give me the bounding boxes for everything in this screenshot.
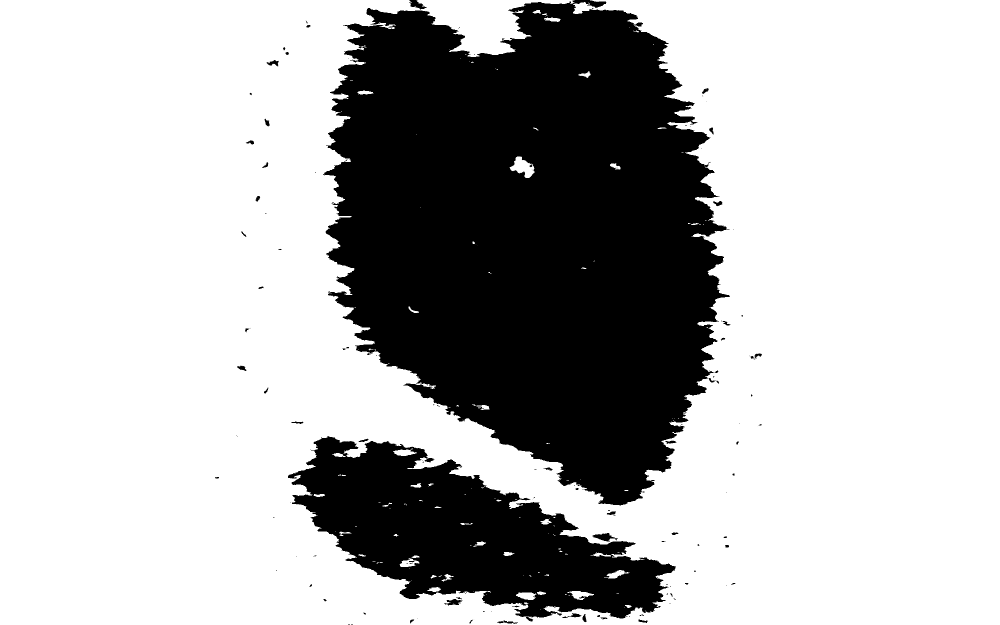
stray-speck — [277, 251, 280, 254]
stray-speck — [469, 617, 472, 620]
stray-speck — [309, 584, 312, 587]
stray-speck — [747, 394, 750, 397]
stray-speck — [268, 120, 272, 124]
stray-speck — [723, 261, 726, 264]
stray-speck — [262, 163, 265, 166]
stray-speck — [286, 47, 291, 52]
stray-speck — [705, 165, 708, 168]
stray-speck — [699, 544, 702, 547]
stray-speck — [638, 607, 642, 611]
stray-speck — [729, 474, 733, 478]
stray-speck — [691, 570, 694, 573]
stray-speck — [737, 439, 740, 442]
stray-speck — [259, 285, 263, 289]
stray-speck — [250, 94, 254, 98]
stray-speck — [267, 389, 270, 392]
stray-speck — [756, 423, 759, 426]
stray-speck — [584, 614, 588, 618]
stray-speck — [530, 619, 534, 623]
stray-speck — [715, 381, 718, 384]
stray-speck — [711, 129, 715, 133]
blob-hole — [612, 163, 620, 169]
stray-speck — [699, 233, 703, 237]
stray-speck — [707, 300, 711, 304]
stray-speck — [412, 618, 416, 622]
binarized-photo-canvas — [0, 0, 1000, 625]
stray-speck — [753, 354, 757, 358]
stray-speck — [242, 231, 245, 234]
stray-speck — [245, 141, 250, 146]
stray-speck — [702, 93, 707, 98]
stray-speck — [741, 317, 744, 320]
stray-speck — [256, 197, 260, 201]
stray-speck — [715, 201, 720, 206]
stray-speck — [360, 609, 364, 613]
stray-speck — [241, 365, 245, 369]
blob-hole — [513, 160, 533, 176]
blob-hole — [584, 73, 589, 77]
stray-speck — [270, 62, 274, 66]
blob-hole — [536, 128, 540, 131]
blob-hole — [474, 241, 480, 246]
binarized-photo-svg — [0, 0, 1000, 625]
stray-speck — [304, 22, 308, 26]
stray-speck — [320, 599, 324, 603]
stray-speck — [720, 339, 724, 343]
stray-speck — [248, 328, 251, 331]
blob-hole — [411, 308, 416, 312]
stray-speck — [673, 595, 676, 598]
